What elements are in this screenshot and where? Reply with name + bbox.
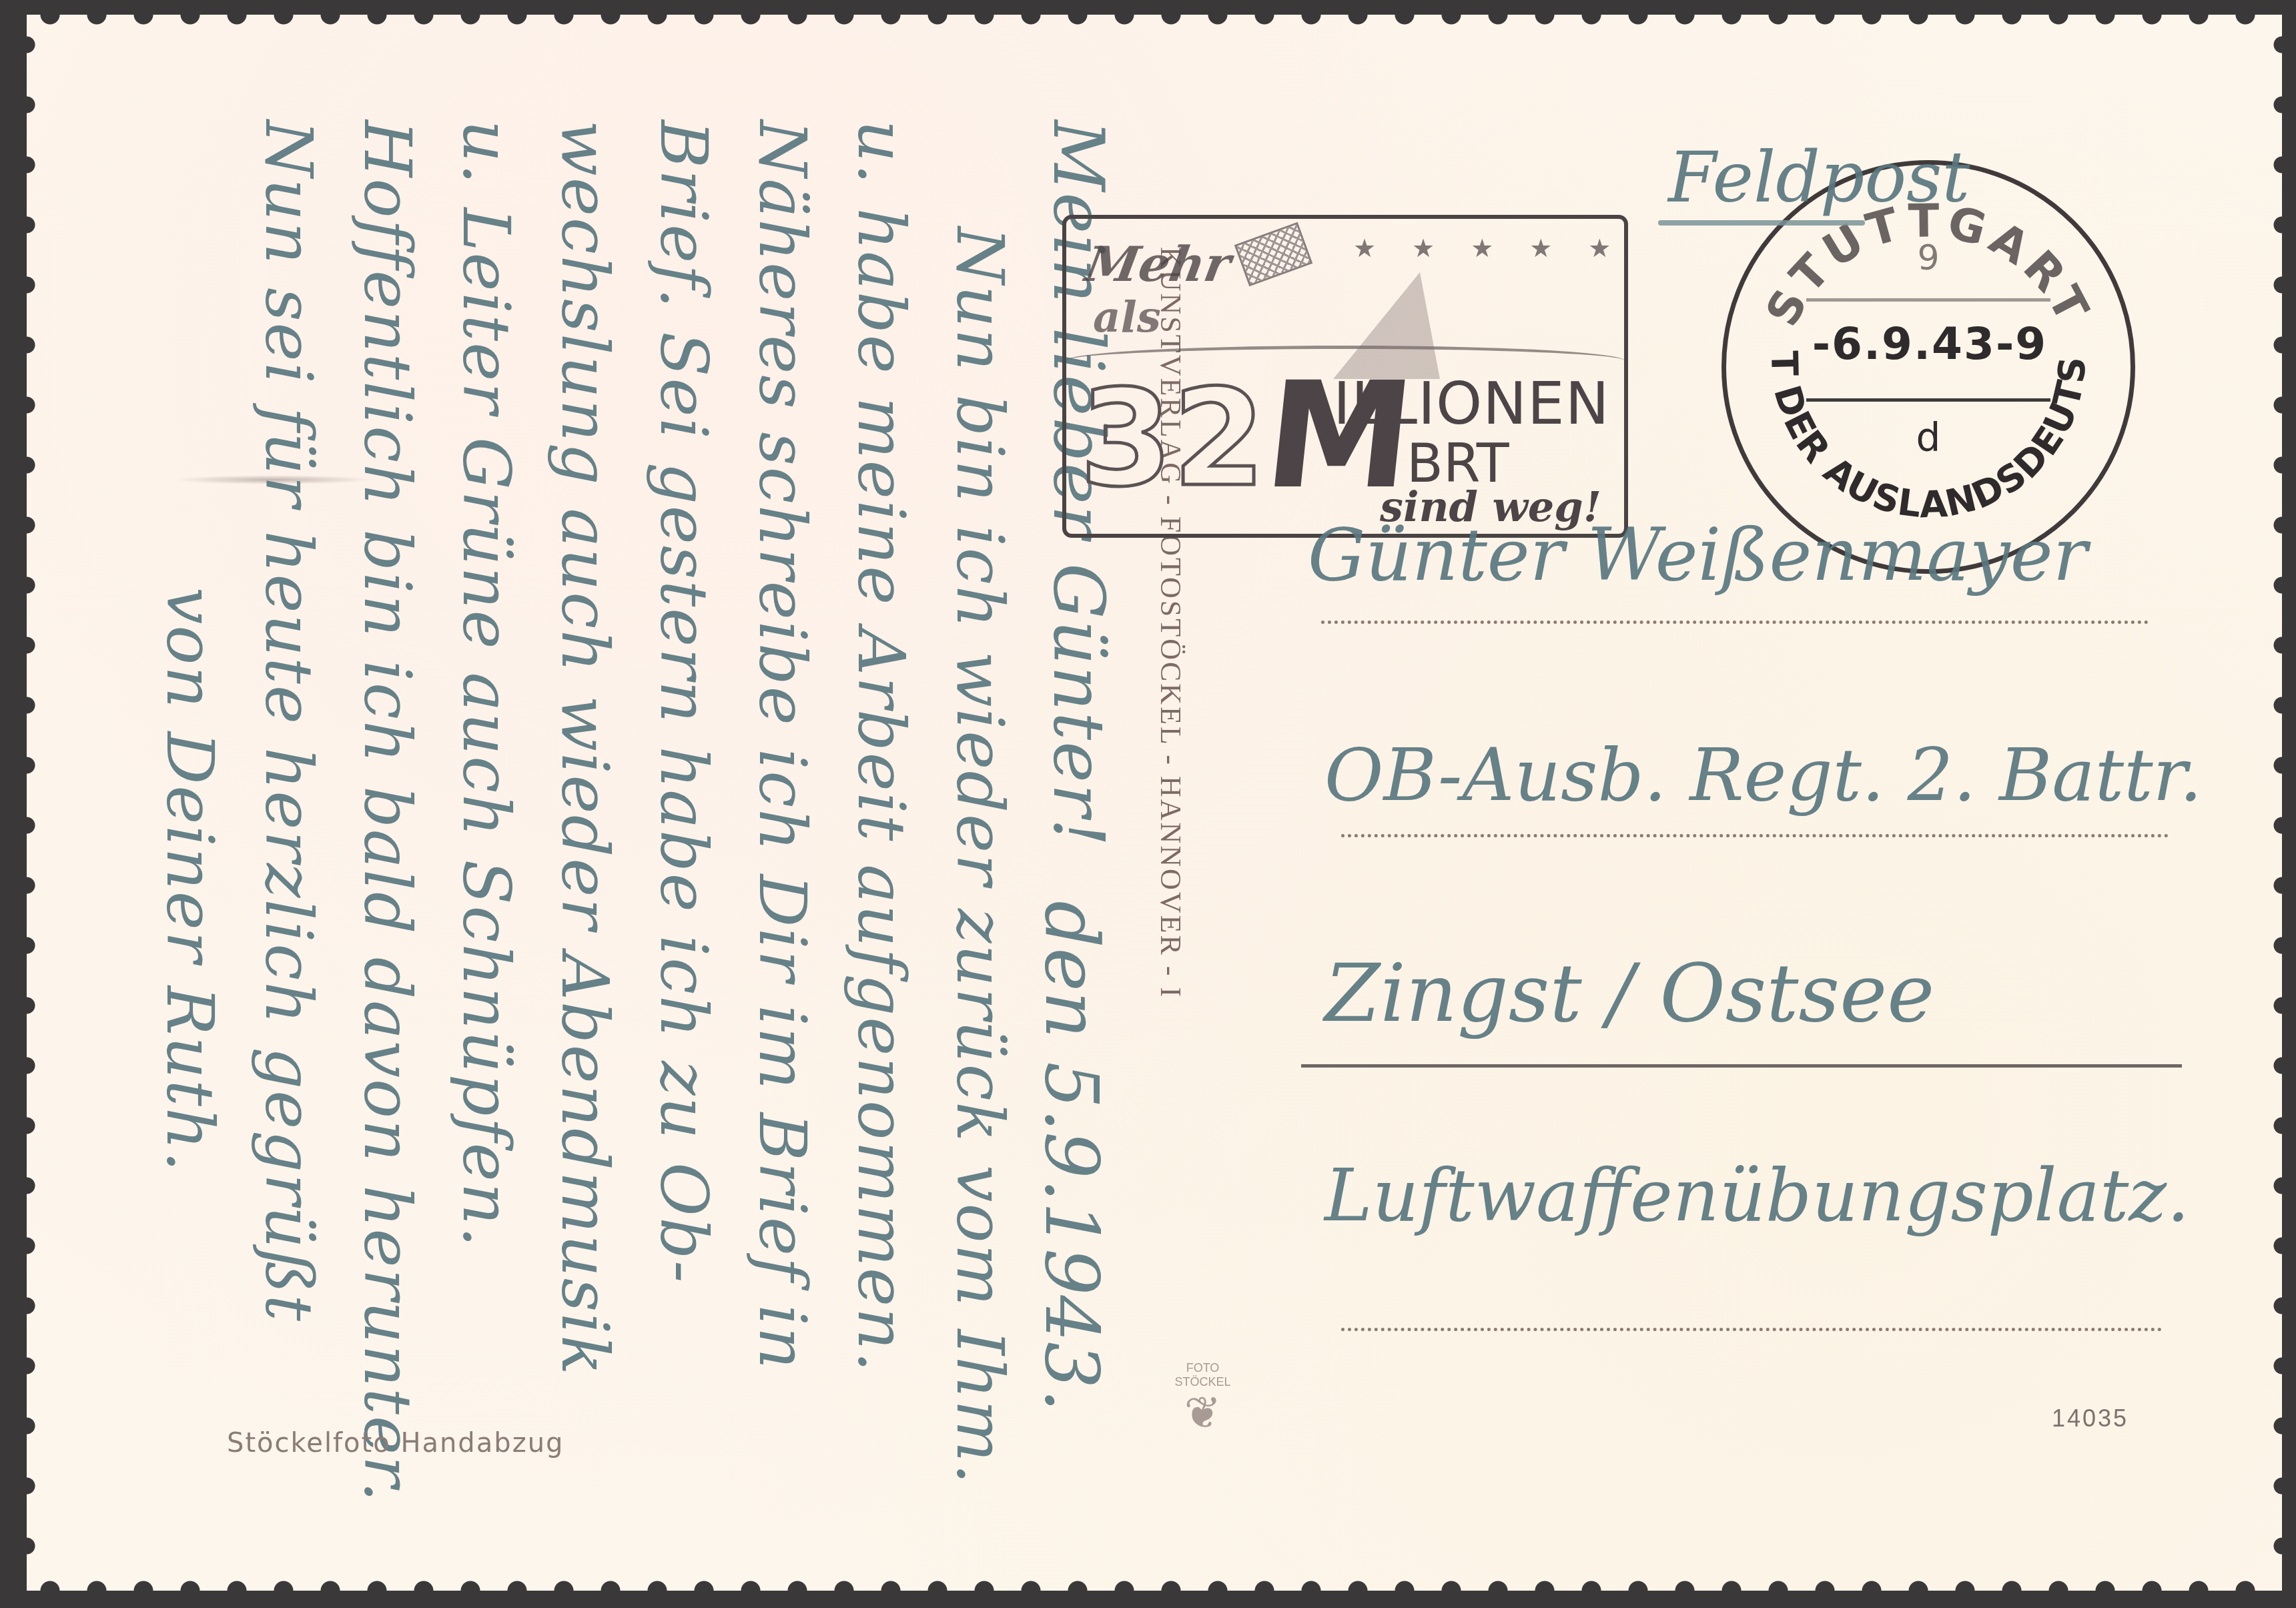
- message-line: Nun sei für heute herzlich gegrüßt: [239, 120, 338, 1268]
- address-unit: OB-Ausb. Regt. 2. Battr.: [1324, 734, 2203, 817]
- publisher-logo: FOTO STÖCKEL ❦: [1171, 1361, 1234, 1428]
- postmark-code: d: [1726, 415, 2131, 460]
- feldpost-underline: [1658, 220, 1865, 226]
- slogan-millionen: ILLIONEN: [1333, 369, 1609, 438]
- address-recipient: Günter Weißenmayer: [1308, 514, 2087, 597]
- message-line: Nun bin ich wieder zurück vom Ihm.: [930, 120, 1029, 1268]
- address-dotted-line: [1321, 621, 2149, 624]
- slogan-als: als: [1093, 292, 1161, 342]
- address-dotted-line: [1341, 1328, 2162, 1331]
- slogan-cancellation: ★★★★★★★ Mehr als 32 M ILLIONEN BRT sind …: [1062, 215, 1628, 538]
- message-line: u. Leiter Grüne auch Schnüpfen.: [436, 120, 535, 1268]
- card-number: 14035: [2052, 1404, 2129, 1433]
- message-line: wechslung auch wieder Abendmusik: [535, 120, 634, 1268]
- star-icon: ★★★★★★★: [1353, 226, 1607, 272]
- message-line: Hoffentlich bin ich bald davon herunter.: [338, 120, 436, 1268]
- message-line: u. habe meine Arbeit aufgenommen.: [831, 120, 930, 1268]
- deckle-edge-bottom: [27, 1575, 2282, 1591]
- postmark-top-digit: 9: [1726, 238, 2131, 278]
- publisher-logo-text: FOTO STÖCKEL: [1171, 1361, 1234, 1389]
- address-underline: [1301, 1064, 2182, 1068]
- feldpost-marking: Feldpost: [1668, 137, 1970, 218]
- postmark-date: -6.9.43-9: [1803, 318, 2056, 370]
- rooster-logo-icon: ❦: [1171, 1389, 1234, 1436]
- address-dotted-line: [1341, 834, 2169, 837]
- message-line: Brief. Sei gestern habe ich zu Ob-: [634, 120, 733, 1268]
- address-town: Zingst / Ostsee: [1324, 947, 1934, 1040]
- deckle-edge-left: [27, 15, 41, 1591]
- deckle-edge-right: [2267, 15, 2282, 1591]
- slogan-number: 32: [1080, 372, 1265, 506]
- postmark-bar: [1806, 398, 2050, 402]
- address-location: Luftwaffenübungsplatz.: [1324, 1154, 2190, 1238]
- postmark-bar: [1806, 298, 2050, 302]
- message-signature: von Deiner Ruth.: [140, 120, 239, 1268]
- message-line: Näheres schreibe ich Dir im Brief in: [733, 120, 831, 1268]
- deckle-edge-top: [27, 15, 2282, 31]
- handwritten-message: Mein lieber Günter! Nun bin ich wieder z…: [113, 120, 1128, 1268]
- message-date: den 5.9.1943.: [1029, 901, 1114, 1412]
- printer-note: Stöckelfoto Handabzug: [227, 1428, 564, 1459]
- union-jack-flag-icon: [1234, 222, 1312, 287]
- slogan-mehr: Mehr: [1082, 236, 1236, 292]
